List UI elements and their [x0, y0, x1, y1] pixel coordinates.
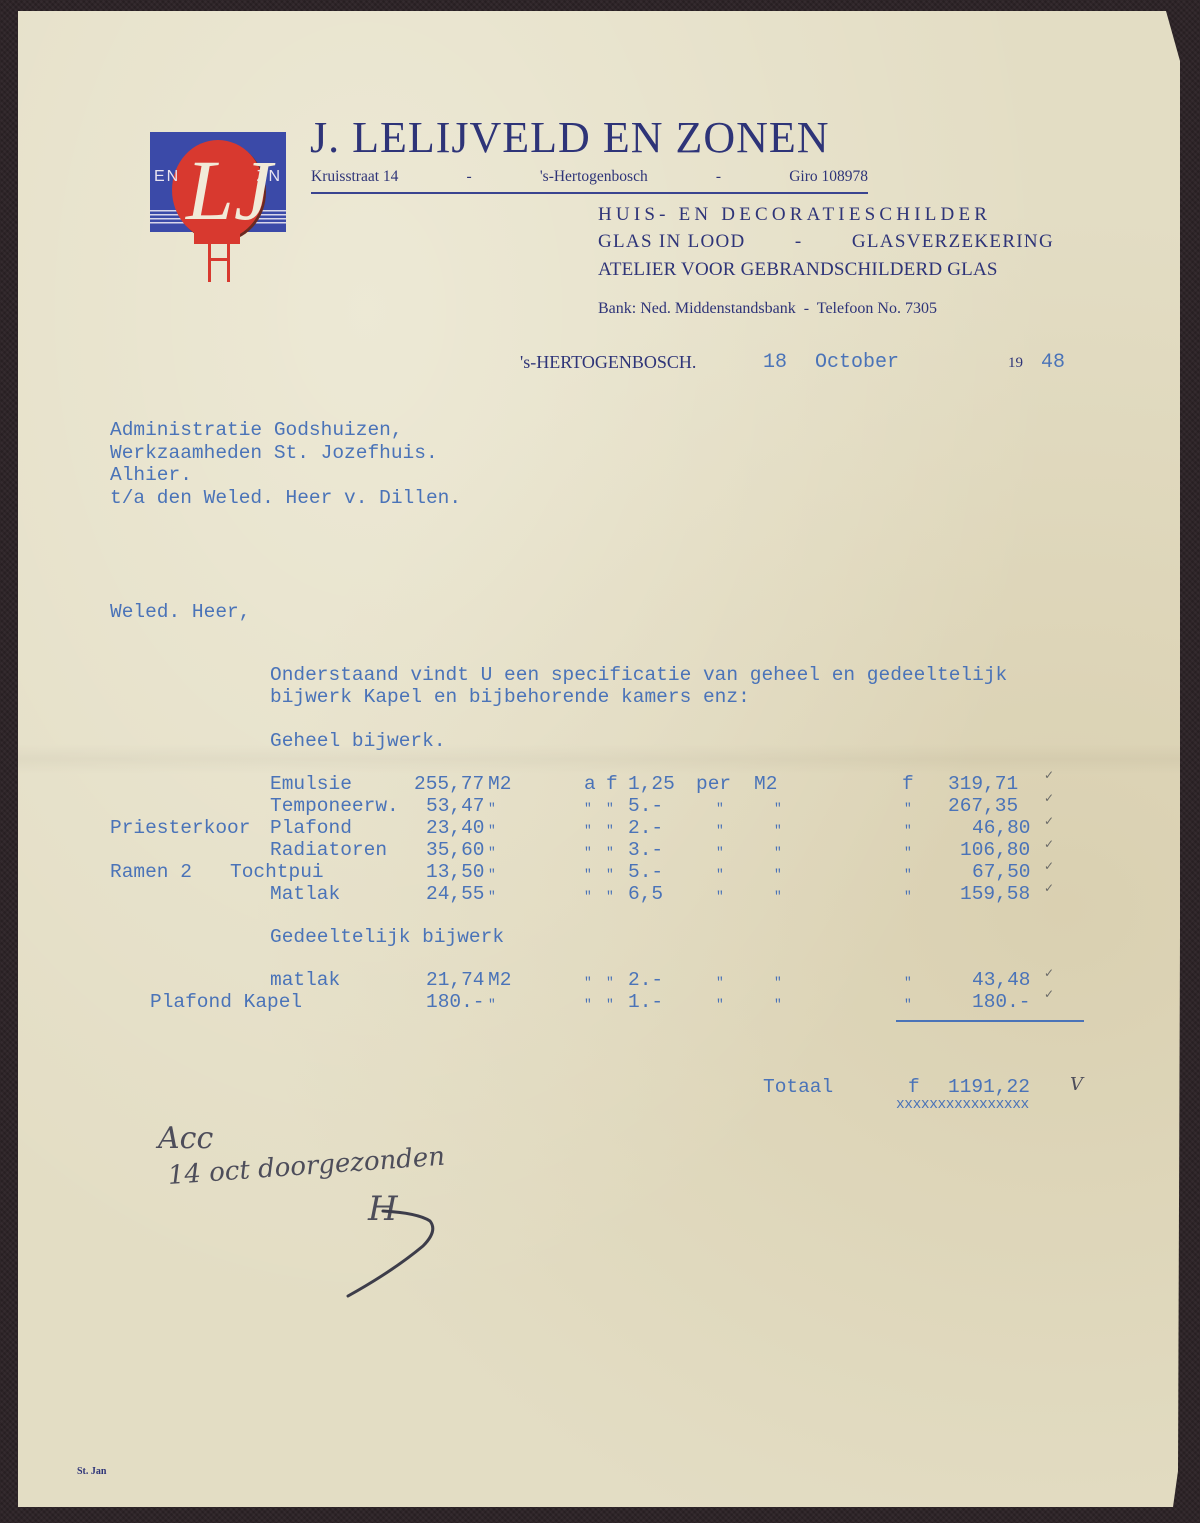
address-row: Kruisstraat 14 - 's-Hertogenbosch - Giro…	[311, 168, 868, 186]
item-amount: 159,58	[960, 883, 1030, 905]
date-day: 18	[763, 351, 787, 374]
recipient-line: t/a den Weled. Heer v. Dillen.	[110, 487, 461, 509]
intro-line: Onderstaand vindt U een specificatie van…	[270, 664, 1007, 686]
check-mark-icon: ✓	[1044, 768, 1054, 782]
item-qty: 180.-	[426, 991, 485, 1013]
ditto-mark: "	[584, 889, 592, 904]
ditto-mark: "	[716, 845, 724, 860]
item-qty: 24,55	[426, 883, 485, 905]
item-amount: 267,35	[948, 795, 1018, 817]
item-amount: 180.-	[972, 991, 1031, 1013]
total-currency: f	[908, 1076, 920, 1098]
ditto-mark: "	[584, 823, 592, 838]
separator: -	[467, 168, 472, 186]
item-name: Emulsie	[270, 773, 352, 795]
item-rate: 1.-	[628, 991, 663, 1013]
item-rate: 5.-	[628, 795, 663, 817]
total-check-mark-icon: V	[1070, 1074, 1083, 1095]
ditto-mark: "	[716, 889, 724, 904]
logo-monogram: LJ	[186, 142, 250, 238]
item-rate-currency: f	[606, 773, 618, 795]
ditto-mark: "	[488, 889, 496, 904]
separator: -	[716, 168, 721, 186]
company-name: J. LELIJVELD EN ZONEN	[310, 112, 830, 163]
item-prefix: Priesterkoor	[110, 817, 250, 839]
giro-number: Giro 108978	[789, 168, 868, 186]
ditto-mark: "	[606, 845, 614, 860]
check-mark-icon: ✓	[1044, 814, 1054, 828]
ditto-mark: "	[774, 801, 782, 816]
date-month: October	[815, 351, 899, 374]
city: 's-Hertogenbosch	[540, 168, 648, 186]
ditto-mark: "	[774, 845, 782, 860]
ditto-mark: "	[716, 801, 724, 816]
check-mark-icon: ✓	[1044, 881, 1054, 895]
ditto-mark: "	[774, 823, 782, 838]
ditto-mark: "	[606, 823, 614, 838]
check-mark-icon: ✓	[1044, 791, 1054, 805]
ditto-mark: "	[606, 975, 614, 990]
ditto-mark: "	[904, 975, 912, 990]
trade-line-2: GLAS IN LOOD - GLASVERZEKERING	[598, 231, 1054, 253]
item-prefix: Plafond Kapel	[150, 991, 302, 1013]
item-unit: M2	[488, 773, 511, 795]
item-amount: 67,50	[972, 861, 1031, 883]
total-amount: 1191,22	[948, 1076, 1030, 1098]
item-unit: M2	[488, 969, 511, 991]
salutation: Weled. Heer,	[110, 601, 250, 623]
item-qty: 23,40	[426, 817, 485, 839]
logo-stem-bar	[208, 258, 230, 261]
trade-line-1: HUIS- EN DECORATIESCHILDER	[598, 204, 1054, 226]
item-qty: 35,60	[426, 839, 485, 861]
ditto-mark: "	[904, 997, 912, 1012]
ditto-mark: "	[584, 997, 592, 1012]
item-rate: 5.-	[628, 861, 663, 883]
recipient-line: Administratie Godshuizen,	[110, 419, 403, 441]
logo-left-text: EN	[154, 168, 180, 186]
item-name: Tochtpui	[230, 861, 324, 883]
ditto-mark: "	[904, 845, 912, 860]
item-rate: 6,5	[628, 883, 663, 905]
item-qty: 21,74	[426, 969, 485, 991]
ditto-mark: "	[488, 867, 496, 882]
logo-stem	[208, 244, 230, 282]
item-qty: 13,50	[426, 861, 485, 883]
check-mark-icon: ✓	[1044, 859, 1054, 873]
check-mark-icon: ✓	[1044, 966, 1054, 980]
item-name: Temponeerw.	[270, 795, 399, 817]
amount-currency: f	[902, 773, 914, 795]
ditto-mark: "	[716, 867, 724, 882]
trade-line-3: ATELIER VOOR GEBRANDSCHILDERD GLAS	[598, 259, 1054, 281]
ditto-mark: "	[774, 975, 782, 990]
item-per-unit: M2	[754, 773, 777, 795]
recipient-line: Alhier.	[110, 464, 192, 486]
item-name: Plafond	[270, 817, 352, 839]
item-amount: 106,80	[960, 839, 1030, 861]
item-rate: 2.-	[628, 969, 663, 991]
section-heading: Geheel bijwerk.	[270, 730, 446, 752]
ditto-mark: "	[774, 889, 782, 904]
item-per: per	[696, 773, 731, 795]
ditto-mark: "	[716, 997, 724, 1012]
intro-line: bijwerk Kapel en bijbehorende kamers enz…	[270, 686, 750, 708]
item-name: Matlak	[270, 883, 340, 905]
recipient-line: Werkzaamheden St. Jozefhuis.	[110, 442, 438, 464]
date-place: 's-HERTOGENBOSCH.	[520, 352, 696, 373]
ditto-mark: "	[584, 845, 592, 860]
ditto-mark: "	[488, 997, 496, 1012]
item-amount: 43,48	[972, 969, 1031, 991]
item-prefix: Ramen 2	[110, 861, 192, 883]
section-heading: Gedeeltelijk bijwerk	[270, 926, 504, 948]
item-name: matlak	[270, 969, 340, 991]
ditto-mark: "	[716, 975, 724, 990]
ditto-mark: "	[488, 823, 496, 838]
ditto-mark: "	[606, 997, 614, 1012]
item-amount: 46,80	[972, 817, 1031, 839]
item-rate-prefix: a	[584, 773, 596, 795]
item-rate: 3.-	[628, 839, 663, 861]
item-rate: 1,25	[628, 773, 675, 795]
ditto-mark: "	[488, 845, 496, 860]
ditto-mark: "	[606, 889, 614, 904]
date-year-suffix: 48	[1041, 351, 1065, 374]
check-mark-icon: ✓	[1044, 987, 1054, 1001]
ditto-mark: "	[488, 801, 496, 816]
bank-phone-line: Bank: Ned. Middenstandsbank - Telefoon N…	[598, 300, 937, 318]
item-qty: 53,47	[426, 795, 485, 817]
ditto-mark: "	[774, 867, 782, 882]
street: Kruisstraat 14	[311, 168, 398, 186]
ditto-mark: "	[606, 801, 614, 816]
sum-rule	[896, 1020, 1084, 1022]
ditto-mark: "	[716, 823, 724, 838]
check-mark-icon: ✓	[1044, 837, 1054, 851]
ditto-mark: "	[606, 867, 614, 882]
company-logo: EN ZN LJ	[150, 132, 286, 282]
ditto-mark: "	[904, 823, 912, 838]
ditto-mark: "	[904, 889, 912, 904]
handwritten-note-line1: Acc	[158, 1121, 213, 1156]
item-amount: 319,71	[948, 773, 1018, 795]
date-year-prefix: 19	[1008, 355, 1023, 372]
item-rate: 2.-	[628, 817, 663, 839]
ditto-mark: "	[904, 801, 912, 816]
header-rule	[311, 192, 868, 194]
ditto-mark: "	[584, 867, 592, 882]
printer-mark: St. Jan	[77, 1466, 106, 1477]
letter-page: EN ZN LJ J. LELIJVELD EN ZONEN Kruisstra…	[18, 11, 1180, 1507]
signature-stroke-icon	[338, 1191, 438, 1301]
total-label: Totaal	[763, 1076, 833, 1098]
total-underline: xxxxxxxxxxxxxxxx	[896, 1097, 1029, 1113]
item-qty: 255,77	[414, 773, 484, 795]
ditto-mark: "	[774, 997, 782, 1012]
ditto-mark: "	[584, 801, 592, 816]
ditto-mark: "	[904, 867, 912, 882]
item-name: Radiatoren	[270, 839, 387, 861]
ditto-mark: "	[584, 975, 592, 990]
